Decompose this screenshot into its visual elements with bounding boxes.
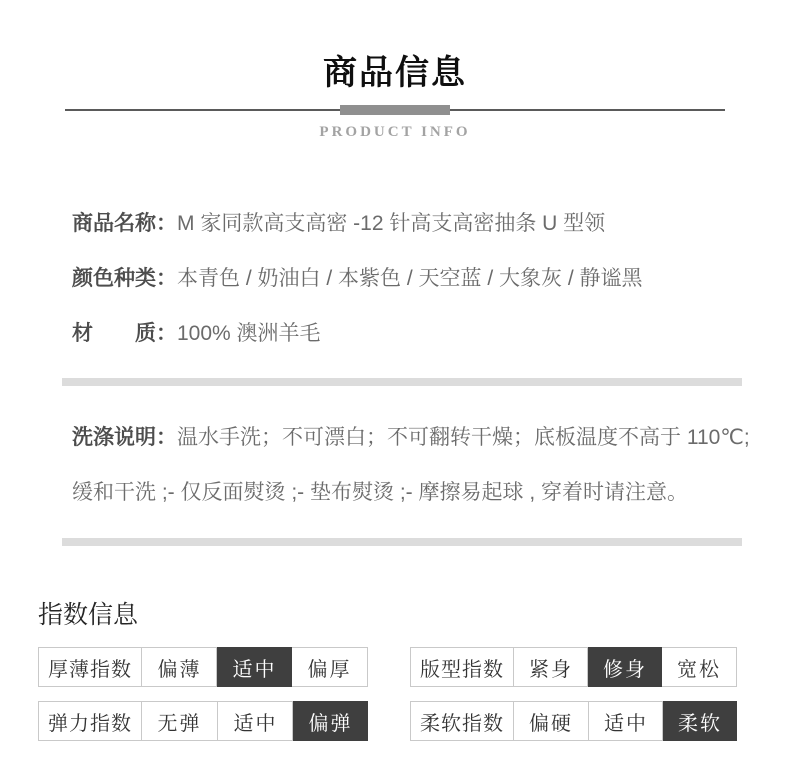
page-subtitle: PRODUCT INFO (0, 124, 790, 141)
divider-thick-bar (340, 105, 450, 115)
product-name-row: 商品名称：M 家同款高支高密 -12 针高支高密抽条 U 型领 (72, 213, 750, 235)
section-divider-top (62, 378, 742, 386)
fit-option-slim: 修身 (587, 647, 662, 687)
thickness-option-thick: 偏厚 (291, 648, 367, 686)
index-tables-grid: 厚薄指数 偏薄 适中 偏厚 版型指数 紧身 修身 宽松 弹力指数 无弹 适中 偏… (38, 647, 790, 741)
material-value: 100% 澳洲羊毛 (177, 322, 321, 345)
product-name-value: M 家同款高支高密 -12 针高支高密抽条 U 型领 (177, 212, 605, 235)
color-options-value: 本青色 / 奶油白 / 本紫色 / 天空蓝 / 大象灰 / 静谧黑 (177, 267, 643, 290)
softness-option-medium: 适中 (588, 702, 663, 740)
softness-option-hard: 偏硬 (513, 702, 588, 740)
page-title: 商品信息 (0, 55, 790, 91)
elasticity-option-none: 无弹 (141, 702, 217, 740)
title-divider (65, 105, 725, 115)
product-name-label: 商品名称： (72, 212, 177, 235)
fit-label: 版型指数 (411, 648, 513, 686)
washing-line-1: 洗涤说明：温水手洗；不可漂白；不可翻转干燥；底板温度不高于 110℃; (72, 427, 750, 449)
washing-line-2: 缓和干洗 ;- 仅反面熨烫 ;- 垫布熨烫 ;- 摩擦易起球 , 穿着时请注意。 (72, 482, 750, 504)
thickness-option-medium: 适中 (216, 647, 292, 687)
index-info-heading: 指数信息 (38, 601, 790, 629)
material-label: 材 质： (72, 322, 177, 345)
thickness-option-thin: 偏薄 (141, 648, 217, 686)
index-table-thickness: 厚薄指数 偏薄 适中 偏厚 (38, 647, 368, 687)
fit-option-tight: 紧身 (513, 648, 588, 686)
thickness-label: 厚薄指数 (39, 648, 141, 686)
product-attributes: 商品名称：M 家同款高支高密 -12 针高支高密抽条 U 型领 颜色种类：本青色… (72, 213, 750, 345)
product-info-header: 商品信息 PRODUCT INFO (0, 0, 790, 141)
fit-option-loose: 宽松 (661, 648, 736, 686)
color-options-label: 颜色种类： (72, 267, 177, 290)
section-divider-bottom (62, 538, 742, 546)
color-options-row: 颜色种类：本青色 / 奶油白 / 本紫色 / 天空蓝 / 大象灰 / 静谧黑 (72, 268, 750, 290)
index-table-elasticity: 弹力指数 无弹 适中 偏弹 (38, 701, 368, 741)
material-row: 材 质：100% 澳洲羊毛 (72, 323, 750, 345)
elasticity-option-medium: 适中 (217, 702, 293, 740)
washing-text-1: 温水手洗；不可漂白；不可翻转干燥；底板温度不高于 110℃; (177, 426, 750, 449)
elasticity-label: 弹力指数 (39, 702, 141, 740)
washing-label: 洗涤说明： (72, 426, 177, 449)
softness-option-soft: 柔软 (662, 701, 737, 741)
index-info-section: 指数信息 厚薄指数 偏薄 适中 偏厚 版型指数 紧身 修身 宽松 弹力指数 无弹… (38, 601, 790, 741)
elasticity-option-stretchy: 偏弹 (292, 701, 368, 741)
washing-instructions: 洗涤说明：温水手洗；不可漂白；不可翻转干燥；底板温度不高于 110℃; 缓和干洗… (72, 427, 750, 504)
softness-label: 柔软指数 (411, 702, 513, 740)
index-table-softness: 柔软指数 偏硬 适中 柔软 (410, 701, 737, 741)
index-table-fit: 版型指数 紧身 修身 宽松 (410, 647, 737, 687)
